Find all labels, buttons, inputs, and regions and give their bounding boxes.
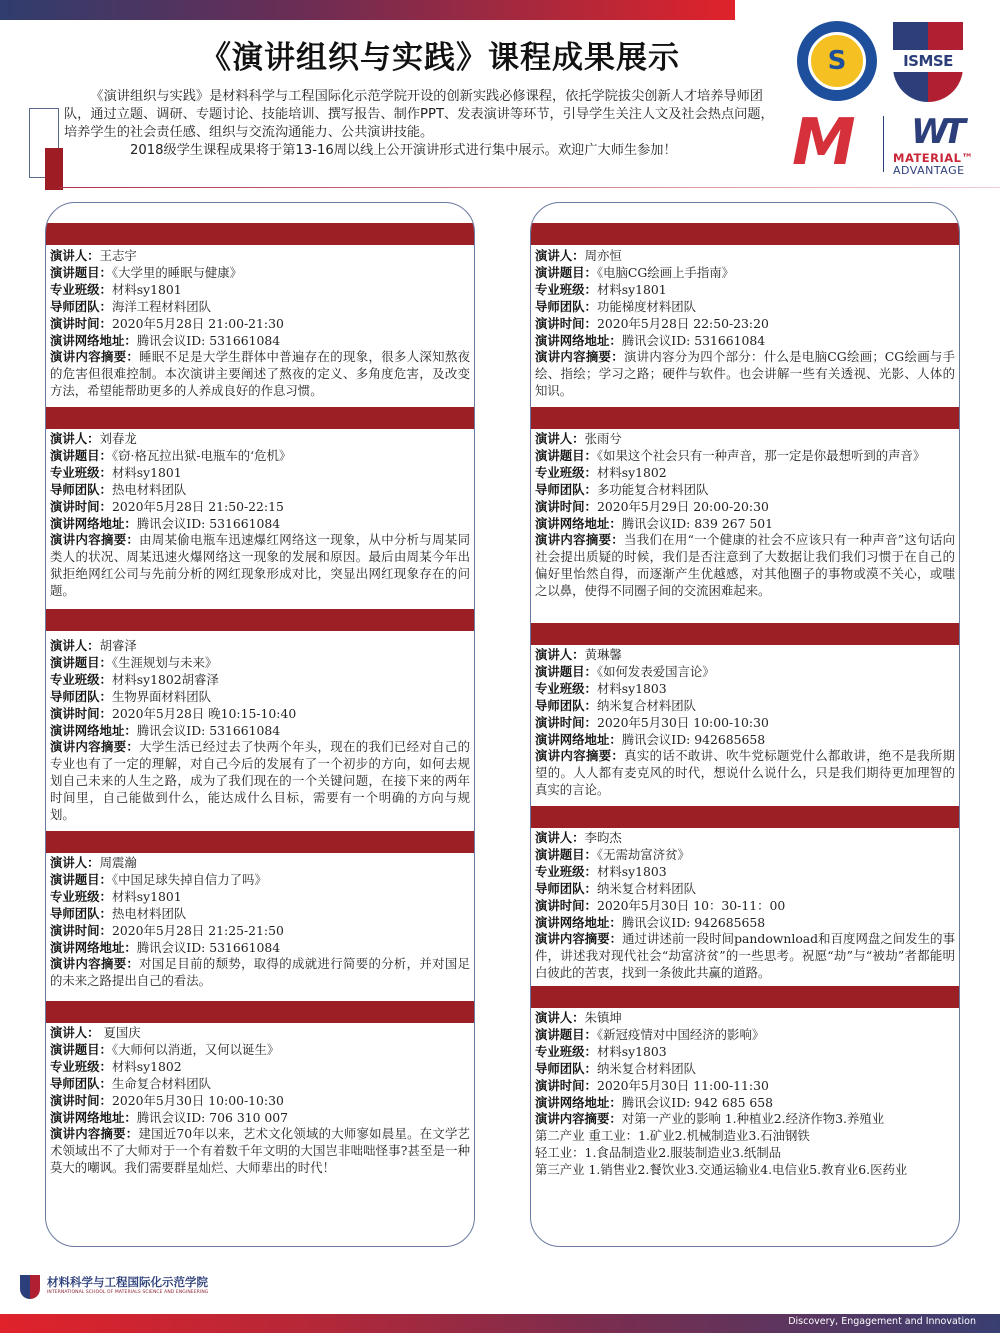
summary-label: 演讲内容摘要： xyxy=(535,532,624,547)
topic-value: 《窃·格瓦拉出狱-电瓶车的‘危机》 xyxy=(112,448,291,463)
time-value: 2020年5月30日 10:00-10:30 xyxy=(112,1093,284,1108)
class-value: 材料sy1801 xyxy=(112,465,182,480)
class-value: 材料sy1801 xyxy=(112,889,182,904)
time-label: 演讲时间： xyxy=(535,316,597,331)
class-label: 专业班级： xyxy=(535,465,597,480)
address-label: 演讲网络地址： xyxy=(535,915,622,930)
address-value: 腾讯会议ID: 942685658 xyxy=(622,732,765,747)
class-value: 材料sy1803 xyxy=(597,1044,667,1059)
topic-label: 演讲题目： xyxy=(50,655,112,670)
address-label: 演讲网络地址： xyxy=(535,516,622,531)
topic-label: 演讲题目： xyxy=(535,448,597,463)
speaker-label: 演讲人： xyxy=(50,1025,100,1040)
topic-label: 演讲题目： xyxy=(535,847,597,862)
summary-label: 演讲内容摘要： xyxy=(50,956,139,971)
page-title: 《演讲组织与实践》课程成果展示 xyxy=(120,32,760,77)
speaker-name: 黄琳馨 xyxy=(585,647,622,662)
address-value: 腾讯会议ID: 942 685 658 xyxy=(622,1095,773,1110)
address-label: 演讲网络地址： xyxy=(50,516,137,531)
address-value: 腾讯会议ID: 531661084 xyxy=(137,333,280,348)
address-label: 演讲网络地址： xyxy=(50,333,137,348)
time-value: 2020年5月30日 11:00-11:30 xyxy=(597,1078,769,1093)
material-advantage-subtitle: ADVANTAGE xyxy=(893,164,981,177)
topic-value: 《大学里的睡眠与健康》 xyxy=(112,265,242,280)
summary-label: 演讲内容摘要： xyxy=(535,931,622,946)
speaker-label: 演讲人： xyxy=(535,1010,585,1025)
class-value: 材料sy1801 xyxy=(112,282,182,297)
topic-value: 《如果这个社会只有一种声音，那一定是你最想听到的声音》 xyxy=(597,448,925,463)
address-label: 演讲网络地址： xyxy=(535,333,622,348)
topic-value: 《中国足球失掉自信力了吗》 xyxy=(112,872,267,887)
team-label: 导师团队： xyxy=(50,906,112,921)
address-value: 腾讯会议ID: 531661084 xyxy=(622,333,765,348)
footer-school-name-cn: 材料科学与工程国际化示范学院 xyxy=(47,1274,208,1290)
topic-label: 演讲题目： xyxy=(50,1042,112,1057)
section-divider xyxy=(46,1001,474,1023)
address-label: 演讲网络地址： xyxy=(50,723,137,738)
team-label: 导师团队： xyxy=(535,1061,597,1076)
class-value: 材料sy1802 xyxy=(112,1059,182,1074)
topic-value: 《大师何以消逝，又何以诞生》 xyxy=(112,1042,279,1057)
right-schedule-card: 演讲人：周亦恒 演讲题目：《电脑CG绘画上手指南》 专业班级：材料sy1801 … xyxy=(530,202,960,1247)
material-advantage-title: MATERIAL™ xyxy=(893,151,981,165)
decorative-red-rect xyxy=(45,148,63,190)
summary-label: 演讲内容摘要： xyxy=(535,349,624,364)
team-label: 导师团队： xyxy=(50,299,112,314)
speaker-name: 刘春龙 xyxy=(100,431,137,446)
team-value: 纳米复合材料团队 xyxy=(597,881,696,896)
wut-emblem-icon: S xyxy=(808,32,866,90)
speaker-name: 王志宇 xyxy=(100,248,137,263)
time-label: 演讲时间： xyxy=(535,1078,597,1093)
team-label: 导师团队： xyxy=(535,482,597,497)
address-label: 演讲网络地址： xyxy=(50,1110,137,1125)
speaker-name: 张雨兮 xyxy=(585,431,622,446)
time-label: 演讲时间： xyxy=(50,316,112,331)
address-label: 演讲网络地址： xyxy=(535,732,622,747)
topic-value: 《生涯规划与未来》 xyxy=(112,655,217,670)
footer-school-name-en: INTERNATIONAL SCHOOL OF MATERIALS SCIENC… xyxy=(47,1290,208,1295)
class-value: 材料sy1802 xyxy=(597,465,667,480)
summary-line: 第二产业 重工业：1.矿业2.机械制造业3.石油钢铁 xyxy=(535,1128,955,1145)
speaker-label: 演讲人： xyxy=(535,431,585,446)
section-divider xyxy=(531,223,959,245)
time-value: 2020年5月30日 10:00-10:30 xyxy=(597,715,769,730)
team-value: 生命复合材料团队 xyxy=(112,1076,211,1091)
announcement: 2018级学生课程成果将于第13-16周以线上公开演讲形式进行集中展示。欢迎广大… xyxy=(64,142,774,160)
speaker-label: 演讲人： xyxy=(535,830,585,845)
wut-logo: S xyxy=(797,21,877,101)
address-value: 腾讯会议ID: 839 267 501 xyxy=(622,516,773,531)
ismse-logo: ISMSE xyxy=(893,22,963,102)
time-label: 演讲时间： xyxy=(50,923,112,938)
speaker-label: 演讲人： xyxy=(535,647,585,662)
section-divider xyxy=(46,407,474,429)
speaker-name: 胡睿泽 xyxy=(100,638,137,653)
topic-value: 《电脑CG绘画上手指南》 xyxy=(597,265,734,280)
speaker-entry-10: 演讲人：朱镇坤 演讲题目：《新冠疫情对中国经济的影响》 专业班级：材料sy180… xyxy=(535,1010,955,1179)
ismse-logo-text: ISMSE xyxy=(893,50,963,72)
left-schedule-card: 演讲人：王志宇 演讲题目：《大学里的睡眠与健康》 专业班级：材料sy1801 导… xyxy=(45,202,475,1247)
class-value: 材料sy1803 xyxy=(597,681,667,696)
summary-value: 对第一产业的影响 1.种植业2.经济作物3.养殖业 xyxy=(622,1111,884,1126)
class-label: 专业班级： xyxy=(50,465,112,480)
class-value: 材料sy1803 xyxy=(597,864,667,879)
summary-label: 演讲内容摘要： xyxy=(50,739,139,754)
footer-ismse-logo-icon xyxy=(20,1275,40,1299)
class-label: 专业班级： xyxy=(535,1044,597,1059)
speaker-entry-8: 演讲人：黄琳馨 演讲题目：《如何发表爱国言论》 专业班级：材料sy1803 导师… xyxy=(535,647,955,799)
logo-divider xyxy=(883,116,884,172)
speaker-entry-1: 演讲人：王志宇 演讲题目：《大学里的睡眠与健康》 专业班级：材料sy1801 导… xyxy=(50,248,470,400)
team-value: 功能梯度材料团队 xyxy=(597,299,696,314)
topic-label: 演讲题目： xyxy=(50,872,112,887)
class-value: 材料sy1802胡睿泽 xyxy=(112,672,219,687)
team-value: 生物界面材料团队 xyxy=(112,689,211,704)
address-value: 腾讯会议ID: 706 310 007 xyxy=(137,1110,288,1125)
time-label: 演讲时间： xyxy=(535,715,597,730)
time-label: 演讲时间： xyxy=(535,499,597,514)
summary-line: 第三产业 1.销售业2.餐饮业3.交通运输业4.电信业5.教育业6.医药业 xyxy=(535,1162,955,1179)
section-divider xyxy=(531,623,959,645)
team-label: 导师团队： xyxy=(535,881,597,896)
summary-label: 演讲内容摘要： xyxy=(50,532,139,547)
section-divider xyxy=(46,223,474,245)
class-label: 专业班级： xyxy=(50,1059,112,1074)
speaker-label: 演讲人： xyxy=(50,638,100,653)
ma-m-logo: M xyxy=(792,113,876,173)
team-value: 纳米复合材料团队 xyxy=(597,1061,696,1076)
team-value: 海洋工程材料团队 xyxy=(112,299,211,314)
time-label: 演讲时间： xyxy=(50,1093,112,1108)
class-label: 专业班级： xyxy=(535,282,597,297)
class-label: 专业班级： xyxy=(535,681,597,696)
top-gradient-bar xyxy=(0,0,735,20)
topic-label: 演讲题目： xyxy=(535,664,597,679)
footer-tagline: Discovery, Engagement and Innovation xyxy=(788,1316,976,1327)
class-label: 专业班级： xyxy=(50,282,112,297)
summary-label: 演讲内容摘要： xyxy=(50,349,139,364)
class-label: 专业班级： xyxy=(50,889,112,904)
time-value: 2020年5月28日 晚10:15-10:40 xyxy=(112,706,296,721)
topic-value: 《无需劫富济贫》 xyxy=(597,847,690,862)
address-value: 腾讯会议ID: 531661084 xyxy=(137,940,280,955)
speaker-entry-5: 演讲人： 夏国庆 演讲题目：《大师何以消逝，又何以诞生》 专业班级：材料sy18… xyxy=(50,1025,470,1177)
speaker-name: 朱镇坤 xyxy=(585,1010,622,1025)
team-label: 导师团队： xyxy=(50,1076,112,1091)
class-value: 材料sy1801 xyxy=(597,282,667,297)
speaker-entry-4: 演讲人：周震瀚 演讲题目：《中国足球失掉自信力了吗》 专业班级：材料sy1801… xyxy=(50,855,470,990)
summary-label: 演讲内容摘要： xyxy=(50,1126,138,1141)
speaker-name: 夏国庆 xyxy=(100,1025,141,1040)
intro-paragraph: 《演讲组织与实践》是材料科学与工程国际化示范学院开设的创新实践必修课程，依托学院… xyxy=(64,88,774,142)
topic-value: 《新冠疫情对中国经济的影响》 xyxy=(597,1027,764,1042)
team-value: 热电材料团队 xyxy=(112,482,186,497)
speaker-entry-2: 演讲人：刘春龙 演讲题目：《窃·格瓦拉出狱-电瓶车的‘危机》 专业班级：材料sy… xyxy=(50,431,470,600)
section-divider xyxy=(531,986,959,1008)
summary-label: 演讲内容摘要： xyxy=(535,1111,622,1126)
intro-block: 《演讲组织与实践》是材料科学与工程国际化示范学院开设的创新实践必修课程，依托学院… xyxy=(64,88,774,160)
speaker-label: 演讲人： xyxy=(50,248,100,263)
time-label: 演讲时间： xyxy=(50,706,112,721)
address-label: 演讲网络地址： xyxy=(535,1095,622,1110)
header-divider xyxy=(58,187,1000,188)
speaker-entry-3: 演讲人：胡睿泽 演讲题目：《生涯规划与未来》 专业班级：材料sy1802胡睿泽 … xyxy=(50,638,470,824)
speaker-entry-7: 演讲人：张雨兮 演讲题目：《如果这个社会只有一种声音，那一定是你最想听到的声音》… xyxy=(535,431,955,600)
topic-label: 演讲题目： xyxy=(50,265,112,280)
time-value: 2020年5月28日 21:00-21:30 xyxy=(112,316,284,331)
class-label: 专业班级： xyxy=(50,672,112,687)
topic-label: 演讲题目： xyxy=(50,448,112,463)
team-value: 纳米复合材料团队 xyxy=(597,698,696,713)
address-value: 腾讯会议ID: 942685658 xyxy=(622,915,765,930)
time-value: 2020年5月28日 21:50-22:15 xyxy=(112,499,284,514)
speaker-name: 周震瀚 xyxy=(100,855,137,870)
speaker-label: 演讲人： xyxy=(535,248,585,263)
team-value: 热电材料团队 xyxy=(112,906,186,921)
speaker-entry-6: 演讲人：周亦恒 演讲题目：《电脑CG绘画上手指南》 专业班级：材料sy1801 … xyxy=(535,248,955,400)
topic-label: 演讲题目： xyxy=(535,265,597,280)
team-label: 导师团队： xyxy=(50,482,112,497)
time-label: 演讲时间： xyxy=(535,898,597,913)
address-label: 演讲网络地址： xyxy=(50,940,137,955)
section-divider xyxy=(46,831,474,853)
team-label: 导师团队： xyxy=(535,698,597,713)
speaker-label: 演讲人： xyxy=(50,431,100,446)
time-label: 演讲时间： xyxy=(50,499,112,514)
time-value: 2020年5月30日 10：30-11：00 xyxy=(597,898,785,913)
wt-mark-icon: WT xyxy=(893,114,978,150)
speaker-name: 周亦恒 xyxy=(585,248,622,263)
section-divider xyxy=(531,407,959,429)
team-label: 导师团队： xyxy=(50,689,112,704)
section-divider xyxy=(46,609,474,631)
team-label: 导师团队： xyxy=(535,299,597,314)
time-value: 2020年5月28日 22:50-23:20 xyxy=(597,316,769,331)
address-value: 腾讯会议ID: 531661084 xyxy=(137,516,280,531)
speaker-label: 演讲人： xyxy=(50,855,100,870)
topic-label: 演讲题目： xyxy=(535,1027,597,1042)
topic-value: 《如何发表爱国言论》 xyxy=(597,664,715,679)
address-value: 腾讯会议ID: 531661084 xyxy=(137,723,280,738)
speaker-name: 李昀杰 xyxy=(585,830,622,845)
time-value: 2020年5月28日 21:25-21:50 xyxy=(112,923,284,938)
time-value: 2020年5月29日 20:00-20:30 xyxy=(597,499,769,514)
section-divider xyxy=(531,806,959,828)
summary-line: 轻工业：1.食品制造业2.服装制造业3.纸制品 xyxy=(535,1145,955,1162)
speaker-entry-9: 演讲人：李昀杰 演讲题目：《无需劫富济贫》 专业班级：材料sy1803 导师团队… xyxy=(535,830,955,982)
summary-label: 演讲内容摘要： xyxy=(535,748,624,763)
team-value: 多功能复合材料团队 xyxy=(597,482,709,497)
class-label: 专业班级： xyxy=(535,864,597,879)
